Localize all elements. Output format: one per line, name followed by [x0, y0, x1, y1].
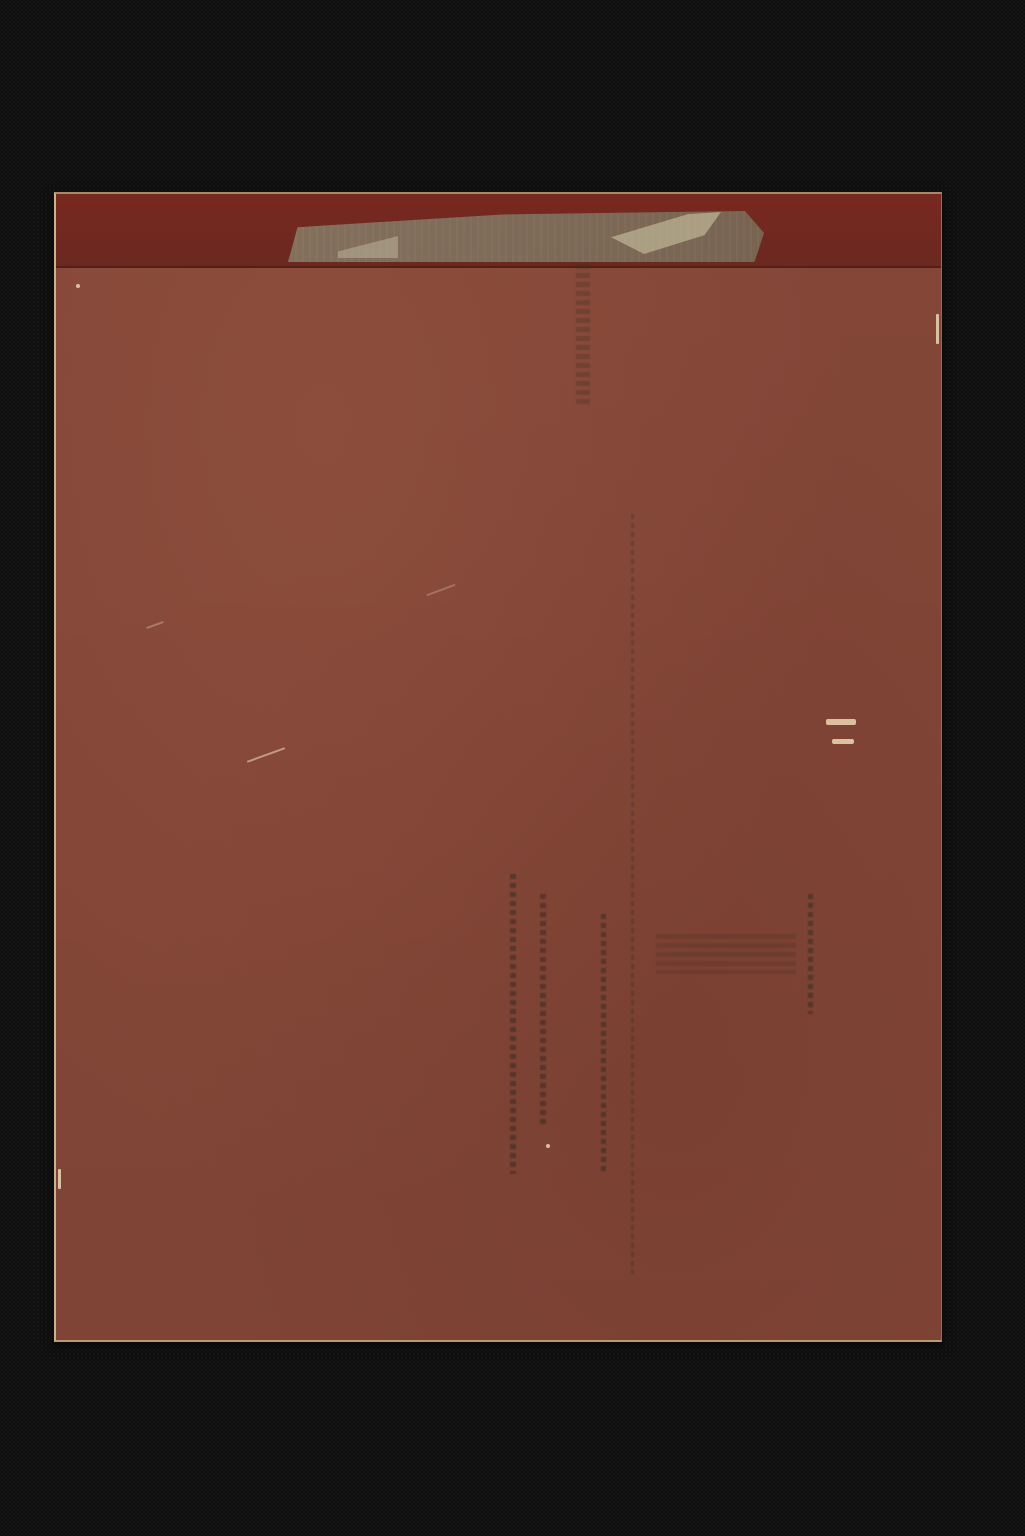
stain-mark [510, 874, 516, 1174]
stain-mark [808, 894, 813, 1014]
paint-chip [832, 739, 854, 744]
stain-mark [601, 914, 606, 1174]
paint-chip [546, 1144, 550, 1148]
paint-chip [76, 284, 80, 288]
stain-mark [576, 264, 590, 404]
scratch-mark [247, 747, 285, 763]
black-fabric-backdrop [0, 0, 1025, 1536]
painted-board-back [54, 192, 942, 1342]
stain-mark [540, 894, 546, 1124]
paint-chip [826, 719, 856, 725]
paint-chip [936, 314, 939, 344]
stain-mark [656, 934, 796, 974]
stain-mark [631, 514, 634, 1274]
scratch-mark [146, 621, 164, 629]
scratch-mark [427, 584, 456, 596]
paint-chip [58, 1169, 61, 1189]
